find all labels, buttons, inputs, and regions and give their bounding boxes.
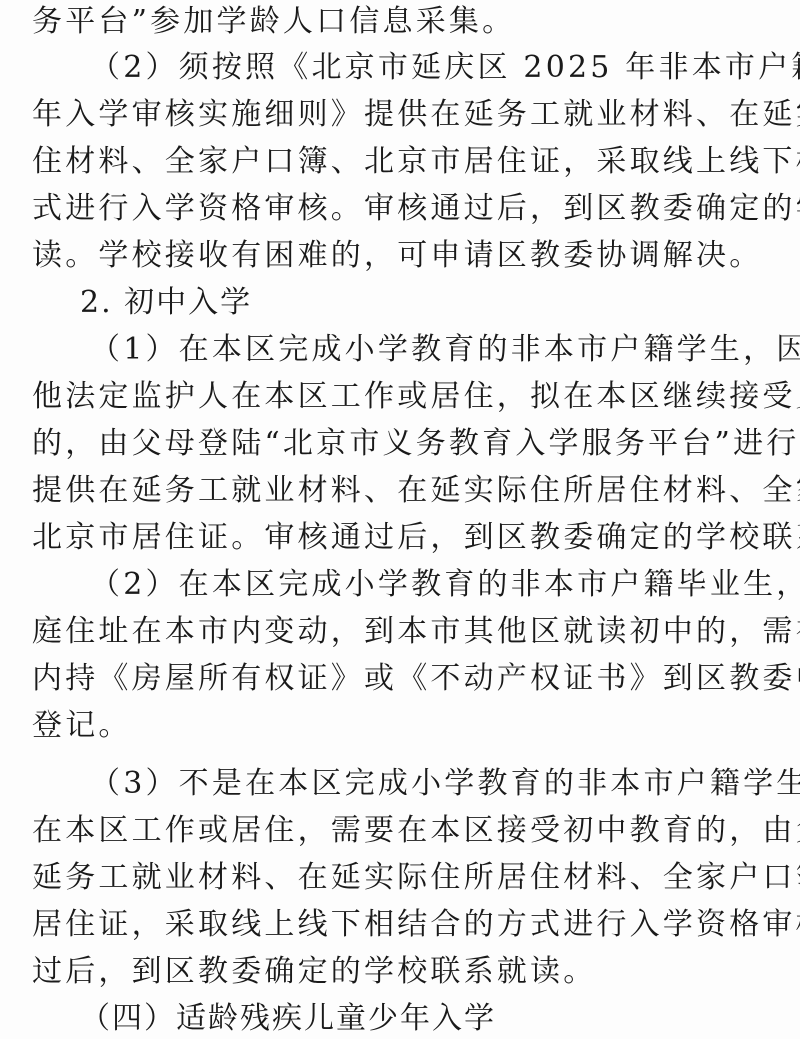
paragraph-line: 的，由父母登陆“北京市义务教育入学服务平台”进行信息采集， bbox=[32, 424, 772, 464]
paragraph-line: 提供在延务工就业材料、在延实际住所居住材料、全家户口簿、 bbox=[32, 471, 772, 511]
paragraph-line: 他法定监护人在本区工作或居住，拟在本区继续接受义务教育 bbox=[32, 377, 772, 417]
paragraph-line: 式进行入学资格审核。审核通过后，到区教委确定的学校联系就 bbox=[32, 189, 772, 229]
paragraph-line: 住材料、全家户口簿、北京市居住证，采取线上线下相结合的方 bbox=[32, 142, 772, 182]
paragraph-line: 内持《房屋所有权证》或《不动产权证书》到区教委中教科进行 bbox=[32, 659, 772, 699]
document-page: 务平台”参加学龄人口信息采集。 （2）须按照《北京市延庆区 2025 年非本市户… bbox=[0, 0, 800, 1039]
paragraph-line: 过后，到区教委确定的学校联系就读。 bbox=[32, 952, 772, 992]
section-heading: （四）适龄残疾儿童少年入学 bbox=[80, 999, 800, 1039]
paragraph-line: 在本区工作或居住，需要在本区接受初中教育的，由父母提供在 bbox=[32, 811, 772, 851]
paragraph-line: 务平台”参加学龄人口信息采集。 bbox=[32, 2, 772, 42]
paragraph-line: （2）在本区完成小学教育的非本市户籍毕业生，因父母家 bbox=[90, 565, 772, 605]
paragraph-line: 登记。 bbox=[32, 706, 772, 746]
paragraph-line: （2）须按照《北京市延庆区 2025 年非本市户籍适龄儿童少 bbox=[90, 48, 772, 88]
paragraph-line: 延务工就业材料、在延实际住所居住材料、全家户口簿、北京市 bbox=[32, 858, 772, 898]
paragraph-line: （1）在本区完成小学教育的非本市户籍学生，因父母或其 bbox=[90, 330, 772, 370]
paragraph-line: 居住证，采取线上线下相结合的方式进行入学资格审核。审核通 bbox=[32, 905, 772, 945]
paragraph-line: 北京市居住证。审核通过后，到区教委确定的学校联系就读。 bbox=[32, 518, 772, 558]
paragraph-line: 庭住址在本市内变动，到本市其他区就读初中的，需在规定时间 bbox=[32, 612, 772, 652]
paragraph-line: 年入学审核实施细则》提供在延务工就业材料、在延实际住所居 bbox=[32, 95, 772, 135]
section-heading: 2. 初中入学 bbox=[80, 283, 800, 323]
paragraph-line: 读。学校接收有困难的，可申请区教委协调解决。 bbox=[32, 236, 772, 276]
paragraph-line: （3）不是在本区完成小学教育的非本市户籍学生，因父母 bbox=[90, 764, 772, 804]
